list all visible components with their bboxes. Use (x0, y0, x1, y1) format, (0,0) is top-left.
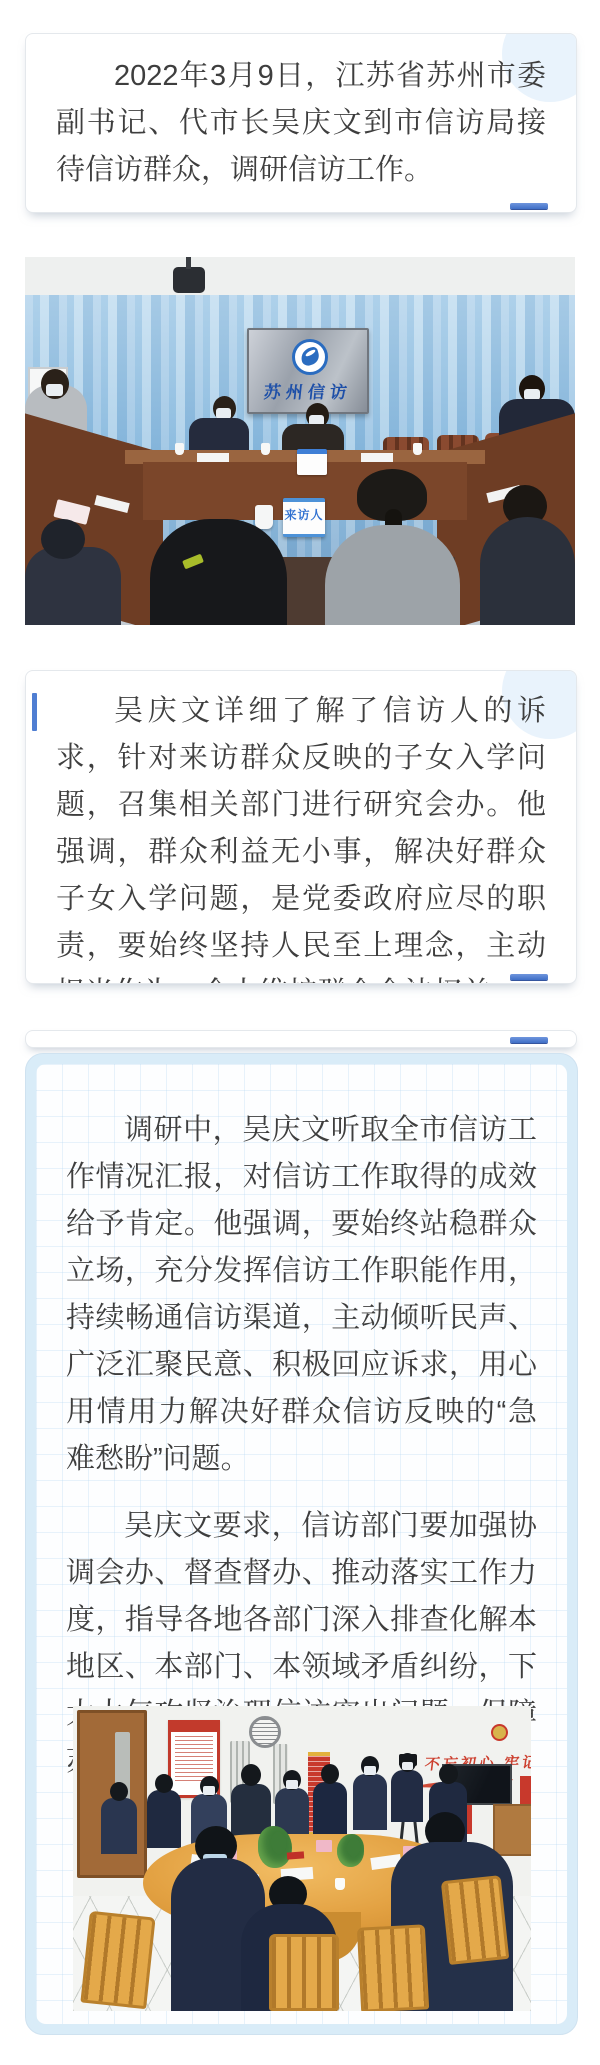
pink-name-tent (316, 1840, 332, 1852)
speaker-head (241, 1764, 261, 1786)
visitor-woman-sweater (325, 525, 460, 625)
suzhou-xinfang-logo (292, 339, 328, 375)
attendee-mask (364, 1766, 376, 1775)
visitor-hoodie-back (150, 519, 287, 625)
attendee-head (321, 1764, 339, 1784)
intro-text-card: 2022年3月9日，江苏省苏州市委副书记、代市长吴庆文到市信访局接待信访群众，调… (25, 33, 577, 213)
decor-blue-dash (510, 1037, 548, 1043)
yellow-chair (357, 1924, 429, 2011)
logo-swan-shape (299, 346, 321, 367)
highlight-section: 调研中，吴庆文听取全市信访工作情况汇报，对信访工作取得的成效给予肯定。他强调，要… (25, 1053, 578, 2035)
research-paragraph: 调研中，吴庆文听取全市信访工作情况汇报，对信访工作取得的成效给予肯定。他强调，要… (66, 1064, 537, 1483)
ceiling (25, 257, 575, 297)
sign-board: 苏州信访 (247, 328, 369, 414)
visitor-left-partial (25, 547, 121, 625)
yellow-chair (80, 1911, 155, 2009)
visitor-tent-label: 来访人 (283, 506, 325, 523)
teacup-lidded (255, 505, 273, 529)
paper-sheet (361, 453, 393, 462)
wall-clock (249, 1716, 281, 1748)
attendee-head (110, 1782, 128, 1801)
yellow-chair (441, 1875, 509, 1965)
teacup (261, 443, 270, 455)
potted-plant (258, 1826, 292, 1868)
visitor-right-back (480, 517, 575, 625)
attendee-masked-vest (353, 1774, 387, 1830)
paper-sheet (197, 453, 229, 462)
camera-mount (186, 257, 191, 269)
teacup (175, 443, 184, 455)
separator-band (25, 1030, 577, 1048)
meeting-photo-research[interactable]: 不忘初心 牢记使命 (73, 1706, 531, 2011)
visitor-name-tent: 来访人 (283, 498, 325, 537)
attendee-mask (402, 1762, 413, 1770)
visitor-left-head (41, 519, 85, 559)
intro-paragraph: 2022年3月9日，江苏省苏州市委副书记、代市长吴庆文到市信访局接待信访群众，调… (26, 34, 576, 194)
attendee-head (155, 1774, 173, 1793)
attendee-masked (391, 1770, 423, 1822)
decor-blue-dash (510, 203, 548, 209)
attendee (313, 1782, 347, 1836)
attendee (147, 1790, 181, 1848)
red-book (287, 1851, 304, 1859)
detail-paragraph: 吴庆文详细了解了信访人的诉求，针对来访群众反映的子女入学问题，召集相关部门进行研… (26, 671, 576, 984)
teacup (413, 443, 422, 455)
meeting-photo-reception[interactable]: 苏州信访 来访人 (25, 257, 575, 625)
wooden-sideboard (493, 1804, 531, 1856)
sign-title: 苏州信访 (248, 378, 369, 403)
attendee-head (439, 1764, 458, 1784)
person-left-vest-mask (46, 384, 63, 396)
decor-blue-dash (510, 974, 548, 980)
name-tent-officer (297, 449, 327, 475)
attendee-mask (286, 1780, 298, 1789)
teacup (335, 1878, 345, 1890)
potted-plant (337, 1834, 364, 1867)
detail-text-card: 吴庆文详细了解了信访人的诉求，针对来访群众反映的子女入学问题，召集相关部门进行研… (25, 670, 577, 984)
yellow-chair (269, 1934, 339, 2011)
party-emblem (493, 1726, 506, 1739)
attendee-mask (203, 1786, 215, 1795)
camera-icon (173, 267, 205, 293)
poster-header-band (171, 1723, 217, 1732)
attendee (101, 1798, 137, 1854)
